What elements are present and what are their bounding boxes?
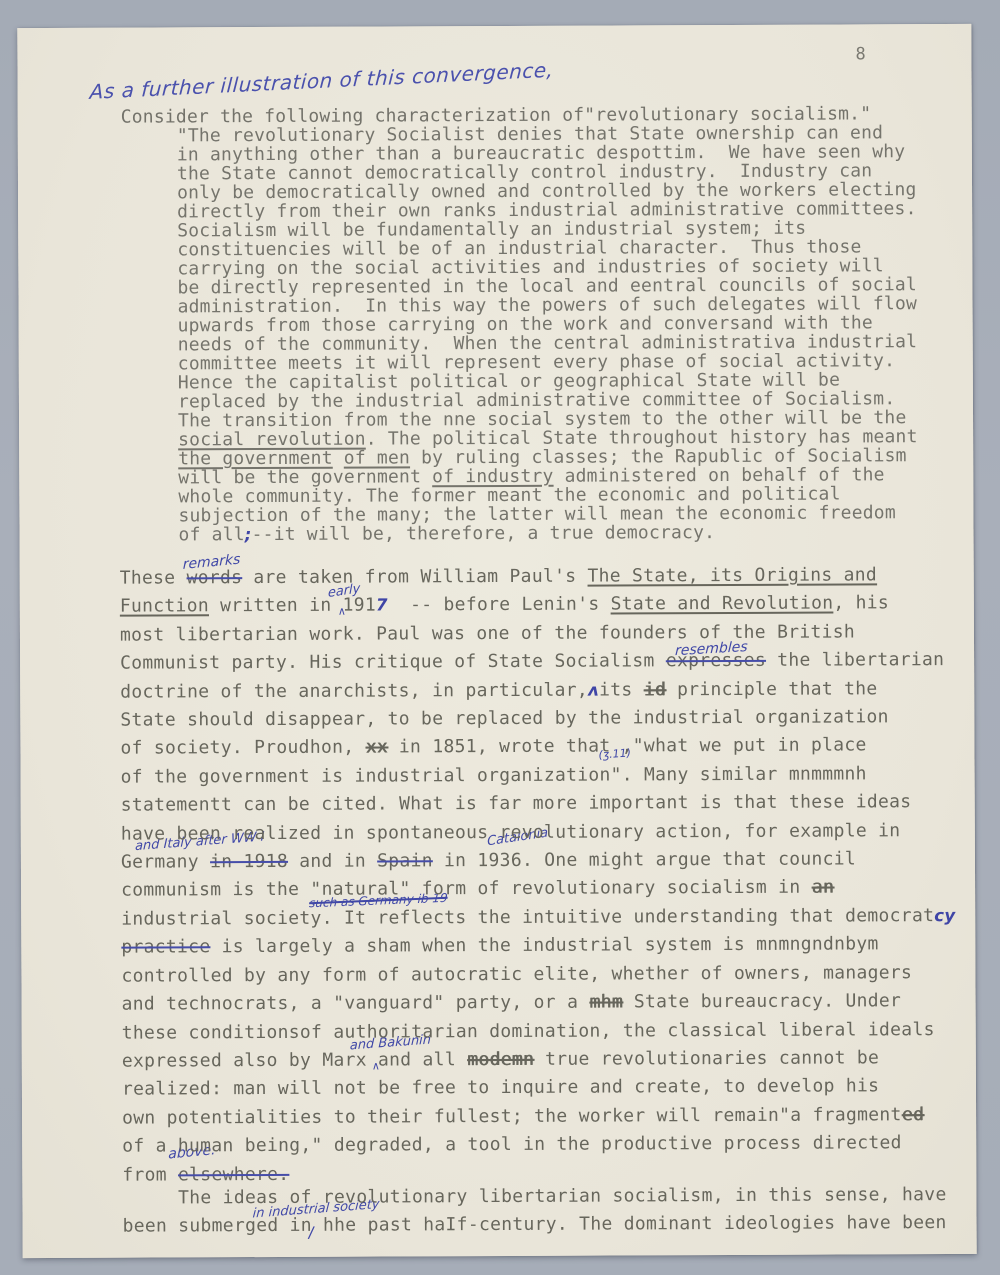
typed-line: most libertarian work. Paul was one of t… [120, 618, 954, 650]
page-number: 8 [855, 44, 866, 64]
typed-line: of all;--it will be, therefore, a true d… [178, 522, 918, 544]
blockquote-paul: "The revolutionary Socialist denies that… [177, 123, 918, 544]
typed-line: State should disappear, to be replaced b… [120, 703, 954, 735]
typed-line: industrial society. It reflects the intu… [121, 902, 955, 934]
commentary-paragraph: These words are taken from William Paul'… [120, 561, 957, 1190]
typed-line: and technocrats, a "vanguard" party, or … [122, 987, 956, 1019]
typed-line: These words are taken from William Paul'… [120, 561, 954, 593]
typed-line: have been realized in spontaneous revolu… [121, 817, 955, 849]
typed-line: doctrine of the anarchists, in particula… [120, 675, 954, 707]
struck-phrase: in 1918 [210, 851, 288, 872]
typed-line: Germany in 1918 and in Spain in 1936. On… [121, 845, 955, 877]
struck-phrase: id [644, 679, 666, 700]
handwritten-inline-mark: cy [934, 906, 955, 925]
typed-line: controlled by any form of autocratic eli… [121, 959, 955, 991]
underlined-phrase: The State, its Origins and [587, 564, 877, 586]
struck-phrase: practice [121, 937, 210, 958]
typed-line: practice is largely a sham when the indu… [121, 930, 955, 962]
typed-line: realized: man will not be free to inquir… [122, 1072, 956, 1104]
typed-line: Function written in 1917 -- before Lenin… [120, 589, 954, 621]
struck-phrase: words [187, 567, 243, 588]
struck-phrase: modemn [467, 1049, 534, 1070]
typed-line: of the government is industrial organiza… [121, 760, 955, 792]
struck-phrase: an [812, 877, 834, 898]
struck-phrase: mhm [589, 992, 623, 1013]
underlined-phrase: Function [120, 596, 209, 617]
handwritten-inline-mark: ʌ [588, 680, 599, 699]
scanned-manuscript-page: { "page_number": "8", "colors": { "backg… [0, 0, 1000, 1275]
struck-phrase: expresses [666, 650, 766, 671]
typed-line: communism is the "natural" form of revol… [121, 873, 955, 905]
handwritten-inline-mark: 7 [376, 596, 388, 615]
document-page: 8 As a further illustration of this conv… [17, 24, 976, 1258]
typed-line: been submerged in hhe past haIf-century.… [122, 1209, 946, 1241]
typed-line: own potentialities to their fullest; the… [122, 1101, 956, 1133]
handwritten-top-note: As a further illustration of this conver… [89, 58, 554, 104]
typed-line: of society. Proudhon, xx in 1851, wrote … [120, 731, 954, 763]
struck-phrase: Spain [377, 850, 433, 871]
typed-line: The ideas of revolutionary libertarian s… [122, 1181, 946, 1213]
typed-line: statementt can be cited. What is far mor… [121, 788, 955, 820]
closing-paragraph: The ideas of revolutionary libertarian s… [122, 1181, 946, 1241]
struck-phrase: xx [365, 737, 387, 758]
typed-line: expressed also by Marx and all modemn tr… [122, 1044, 956, 1076]
handwritten-inline-mark: ; [245, 525, 252, 544]
struck-phrase: elsewhere. [178, 1163, 289, 1184]
underlined-phrase: State and Revolution [611, 593, 834, 615]
struck-phrase: ed [902, 1104, 924, 1125]
typed-line: these conditionsof authoritarian dominat… [122, 1016, 956, 1048]
typed-line: of a human being," degraded, a tool in t… [122, 1129, 956, 1161]
typed-line: Communist party. His critique of State S… [120, 646, 954, 678]
